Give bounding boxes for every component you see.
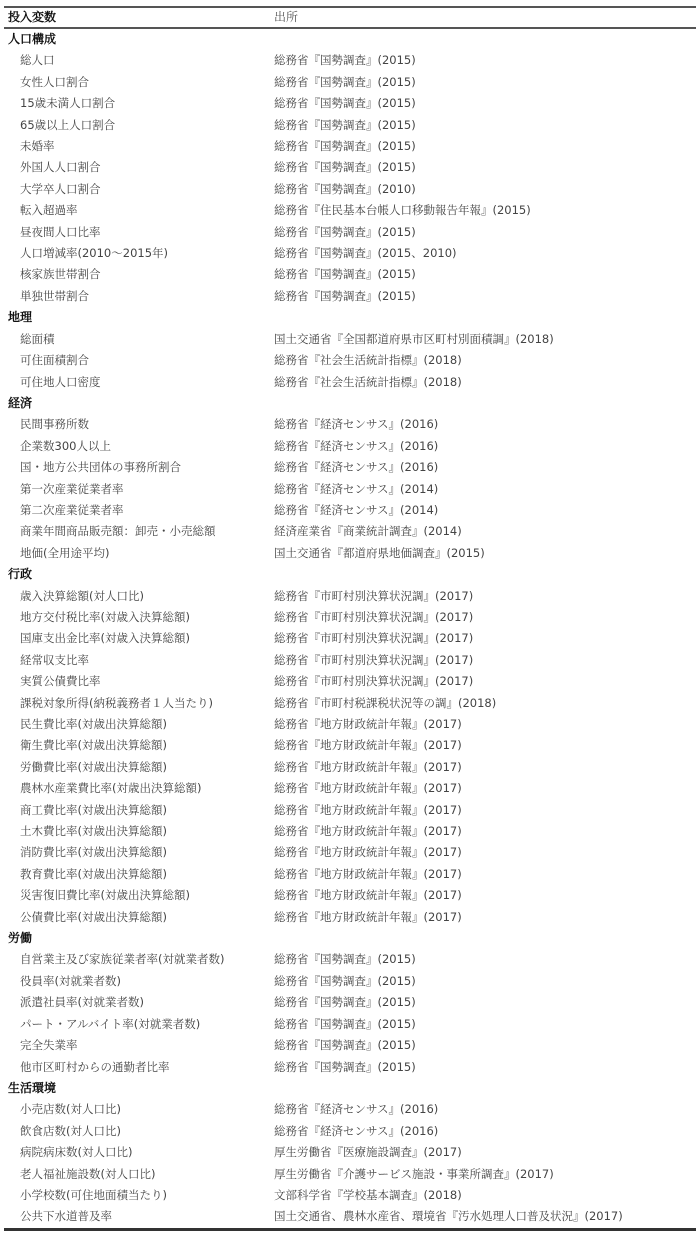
variable-cell: 実質公債費比率 bbox=[4, 671, 274, 692]
variable-cell: 外国人人口割合 bbox=[4, 157, 274, 178]
table-row: 総人口総務省『国勢調査』(2015) bbox=[4, 50, 696, 71]
source-cell: 経済産業省『商業統計調査』(2014) bbox=[274, 521, 696, 542]
variable-cell: 小学校数(可住地面積当たり) bbox=[4, 1185, 274, 1206]
table-row: 派遣社員率(対就業者数)総務省『国勢調査』(2015) bbox=[4, 992, 696, 1013]
variable-cell: 総面積 bbox=[4, 329, 274, 350]
section-row-labor: 労働 bbox=[4, 928, 696, 949]
input-variables-table: 投入変数 出所 人口構成総人口総務省『国勢調査』(2015)女性人口割合総務省『… bbox=[4, 6, 696, 1231]
variable-cell: 地価(全用途平均) bbox=[4, 543, 274, 564]
variable-cell: 役員率(対就業者数) bbox=[4, 971, 274, 992]
table-row: 昼夜間人口比率総務省『国勢調査』(2015) bbox=[4, 222, 696, 243]
table-row: 教育費比率(対歳出決算総額)総務省『地方財政統計年報』(2017) bbox=[4, 864, 696, 885]
table-row: パート・アルバイト率(対就業者数)総務省『国勢調査』(2015) bbox=[4, 1014, 696, 1035]
table-row: 飲食店数(対人口比)総務省『経済センサス』(2016) bbox=[4, 1121, 696, 1142]
source-cell: 総務省『国勢調査』(2015、2010) bbox=[274, 243, 696, 264]
source-cell: 総務省『国勢調査』(2015) bbox=[274, 93, 696, 114]
variable-cell: 人口増減率(2010～2015年) bbox=[4, 243, 274, 264]
source-cell: 総務省『地方財政統計年報』(2017) bbox=[274, 714, 696, 735]
source-cell: 厚生労働省『介護サービス施設・事業所調査』(2017) bbox=[274, 1164, 696, 1185]
source-cell: 総務省『地方財政統計年報』(2017) bbox=[274, 842, 696, 863]
input-variables-table-container: 投入変数 出所 人口構成総人口総務省『国勢調査』(2015)女性人口割合総務省『… bbox=[4, 6, 696, 1231]
variable-cell: 未婚率 bbox=[4, 136, 274, 157]
variable-cell: 65歳以上人口割合 bbox=[4, 115, 274, 136]
table-row: 労働費比率(対歳出決算総額)総務省『地方財政統計年報』(2017) bbox=[4, 757, 696, 778]
source-cell: 総務省『国勢調査』(2015) bbox=[274, 1014, 696, 1035]
table-row: 土木費比率(対歳出決算総額)総務省『地方財政統計年報』(2017) bbox=[4, 821, 696, 842]
table-row: 課税対象所得(納税義務者１人当たり)総務省『市町村税課税状況等の調』(2018) bbox=[4, 693, 696, 714]
variable-cell: 労働費比率(対歳出決算総額) bbox=[4, 757, 274, 778]
variable-cell: 自営業主及び家族従業者率(対就業者数) bbox=[4, 949, 274, 970]
source-cell: 総務省『経済センサス』(2014) bbox=[274, 500, 696, 521]
source-cell: 総務省『国勢調査』(2015) bbox=[274, 50, 696, 71]
source-cell: 国土交通省『全国都道府県市区町村別面積調』(2018) bbox=[274, 329, 696, 350]
table-row: 可住地人口密度総務省『社会生活統計指標』(2018) bbox=[4, 372, 696, 393]
source-cell: 総務省『地方財政統計年報』(2017) bbox=[274, 864, 696, 885]
table-row: 未婚率総務省『国勢調査』(2015) bbox=[4, 136, 696, 157]
header-variable: 投入変数 bbox=[4, 7, 274, 28]
table-row: 消防費比率(対歳出決算総額)総務省『地方財政統計年報』(2017) bbox=[4, 842, 696, 863]
table-row: 企業数300人以上総務省『経済センサス』(2016) bbox=[4, 436, 696, 457]
table-row: 転入超過率総務省『住民基本台帳人口移動報告年報』(2015) bbox=[4, 200, 696, 221]
source-cell: 総務省『地方財政統計年報』(2017) bbox=[274, 907, 696, 928]
table-row: 可住面積割合総務省『社会生活統計指標』(2018) bbox=[4, 350, 696, 371]
source-cell: 総務省『国勢調査』(2015) bbox=[274, 264, 696, 285]
variable-cell: 老人福祉施設数(対人口比) bbox=[4, 1164, 274, 1185]
source-cell: 総務省『国勢調査』(2015) bbox=[274, 157, 696, 178]
table-row: 衛生費比率(対歳出決算総額)総務省『地方財政統計年報』(2017) bbox=[4, 735, 696, 756]
variable-cell: 企業数300人以上 bbox=[4, 436, 274, 457]
section-title: 生活環境 bbox=[4, 1078, 696, 1099]
source-cell: 総務省『国勢調査』(2015) bbox=[274, 136, 696, 157]
variable-cell: 民生費比率(対歳出決算総額) bbox=[4, 714, 274, 735]
source-cell: 総務省『国勢調査』(2015) bbox=[274, 72, 696, 93]
source-cell: 総務省『国勢調査』(2015) bbox=[274, 971, 696, 992]
variable-cell: 完全失業率 bbox=[4, 1035, 274, 1056]
variable-cell: 公債費比率(対歳出決算総額) bbox=[4, 907, 274, 928]
table-row: 農林水産業費比率(対歳出決算総額)総務省『地方財政統計年報』(2017) bbox=[4, 778, 696, 799]
variable-cell: 可住地人口密度 bbox=[4, 372, 274, 393]
variable-cell: 災害復旧費比率(対歳出決算総額) bbox=[4, 885, 274, 906]
variable-cell: 農林水産業費比率(対歳出決算総額) bbox=[4, 778, 274, 799]
table-header: 投入変数 出所 bbox=[4, 7, 696, 28]
table-row: 国庫支出金比率(対歳入決算総額)総務省『市町村別決算状況調』(2017) bbox=[4, 628, 696, 649]
table-row: 商業年間商品販売額：卸売・小売総額経済産業省『商業統計調査』(2014) bbox=[4, 521, 696, 542]
table-row: 大学卒人口割合総務省『国勢調査』(2010) bbox=[4, 179, 696, 200]
source-cell: 総務省『国勢調査』(2015) bbox=[274, 115, 696, 136]
source-cell: 総務省『経済センサス』(2016) bbox=[274, 457, 696, 478]
source-cell: 国土交通省『都道府県地価調査』(2015) bbox=[274, 543, 696, 564]
variable-cell: 地方交付税比率(対歳入決算総額) bbox=[4, 607, 274, 628]
table-row: 小学校数(可住地面積当たり)文部科学省『学校基本調査』(2018) bbox=[4, 1185, 696, 1206]
variable-cell: 国庫支出金比率(対歳入決算総額) bbox=[4, 628, 274, 649]
table-row: 民生費比率(対歳出決算総額)総務省『地方財政統計年報』(2017) bbox=[4, 714, 696, 735]
source-cell: 総務省『経済センサス』(2016) bbox=[274, 414, 696, 435]
table-row: 災害復旧費比率(対歳出決算総額)総務省『地方財政統計年報』(2017) bbox=[4, 885, 696, 906]
source-cell: 総務省『地方財政統計年報』(2017) bbox=[274, 821, 696, 842]
variable-cell: 飲食店数(対人口比) bbox=[4, 1121, 274, 1142]
source-cell: 総務省『市町村別決算状況調』(2017) bbox=[274, 607, 696, 628]
section-row-population: 人口構成 bbox=[4, 28, 696, 50]
header-row: 投入変数 出所 bbox=[4, 7, 696, 28]
source-cell: 総務省『地方財政統計年報』(2017) bbox=[274, 800, 696, 821]
source-cell: 総務省『地方財政統計年報』(2017) bbox=[274, 885, 696, 906]
source-cell: 総務省『市町村別決算状況調』(2017) bbox=[274, 671, 696, 692]
variable-cell: 可住面積割合 bbox=[4, 350, 274, 371]
variable-cell: 教育費比率(対歳出決算総額) bbox=[4, 864, 274, 885]
table-row: 完全失業率総務省『国勢調査』(2015) bbox=[4, 1035, 696, 1056]
table-row: 核家族世帯割合総務省『国勢調査』(2015) bbox=[4, 264, 696, 285]
section-row-living-environment: 生活環境 bbox=[4, 1078, 696, 1099]
section-row-geography: 地理 bbox=[4, 307, 696, 328]
table-row: 15歳未満人口割合総務省『国勢調査』(2015) bbox=[4, 93, 696, 114]
source-cell: 総務省『国勢調査』(2015) bbox=[274, 992, 696, 1013]
variable-cell: 女性人口割合 bbox=[4, 72, 274, 93]
source-cell: 総務省『経済センサス』(2016) bbox=[274, 1099, 696, 1120]
source-cell: 総務省『国勢調査』(2015) bbox=[274, 1057, 696, 1078]
section-title: 人口構成 bbox=[4, 28, 696, 50]
variable-cell: 核家族世帯割合 bbox=[4, 264, 274, 285]
variable-cell: 民間事務所数 bbox=[4, 414, 274, 435]
section-title: 地理 bbox=[4, 307, 696, 328]
source-cell: 総務省『経済センサス』(2014) bbox=[274, 479, 696, 500]
variable-cell: 消防費比率(対歳出決算総額) bbox=[4, 842, 274, 863]
table-row: 地価(全用途平均)国土交通省『都道府県地価調査』(2015) bbox=[4, 543, 696, 564]
table-row: 第一次産業従業者率総務省『経済センサス』(2014) bbox=[4, 479, 696, 500]
header-source: 出所 bbox=[274, 7, 696, 28]
variable-cell: 派遣社員率(対就業者数) bbox=[4, 992, 274, 1013]
table-row: 公債費比率(対歳出決算総額)総務省『地方財政統計年報』(2017) bbox=[4, 907, 696, 928]
table-row: 公共下水道普及率国土交通省、農林水産省、環境省『汚水処理人口普及状況』(2017… bbox=[4, 1206, 696, 1229]
source-cell: 文部科学省『学校基本調査』(2018) bbox=[274, 1185, 696, 1206]
variable-cell: 昼夜間人口比率 bbox=[4, 222, 274, 243]
table-row: 実質公債費比率総務省『市町村別決算状況調』(2017) bbox=[4, 671, 696, 692]
table-row: 役員率(対就業者数)総務省『国勢調査』(2015) bbox=[4, 971, 696, 992]
variable-cell: 課税対象所得(納税義務者１人当たり) bbox=[4, 693, 274, 714]
source-cell: 総務省『地方財政統計年報』(2017) bbox=[274, 757, 696, 778]
source-cell: 総務省『地方財政統計年報』(2017) bbox=[274, 778, 696, 799]
variable-cell: 小売店数(対人口比) bbox=[4, 1099, 274, 1120]
source-cell: 総務省『市町村別決算状況調』(2017) bbox=[274, 628, 696, 649]
variable-cell: 第二次産業従業者率 bbox=[4, 500, 274, 521]
variable-cell: 商業年間商品販売額：卸売・小売総額 bbox=[4, 521, 274, 542]
variable-cell: 単独世帯割合 bbox=[4, 286, 274, 307]
source-cell: 総務省『市町村別決算状況調』(2017) bbox=[274, 586, 696, 607]
source-cell: 総務省『市町村別決算状況調』(2017) bbox=[274, 650, 696, 671]
table-row: 歳入決算総額(対人口比)総務省『市町村別決算状況調』(2017) bbox=[4, 586, 696, 607]
table-row: 地方交付税比率(対歳入決算総額)総務省『市町村別決算状況調』(2017) bbox=[4, 607, 696, 628]
source-cell: 総務省『地方財政統計年報』(2017) bbox=[274, 735, 696, 756]
source-cell: 総務省『国勢調査』(2015) bbox=[274, 949, 696, 970]
table-row: 国・地方公共団体の事務所割合総務省『経済センサス』(2016) bbox=[4, 457, 696, 478]
table-row: 経常収支比率総務省『市町村別決算状況調』(2017) bbox=[4, 650, 696, 671]
section-title: 経済 bbox=[4, 393, 696, 414]
table-row: 病院病床数(対人口比)厚生労働省『医療施設調査』(2017) bbox=[4, 1142, 696, 1163]
section-title: 労働 bbox=[4, 928, 696, 949]
table-row: 第二次産業従業者率総務省『経済センサス』(2014) bbox=[4, 500, 696, 521]
variable-cell: 国・地方公共団体の事務所割合 bbox=[4, 457, 274, 478]
variable-cell: 公共下水道普及率 bbox=[4, 1206, 274, 1229]
variable-cell: 15歳未満人口割合 bbox=[4, 93, 274, 114]
table-row: 他市区町村からの通勤者比率総務省『国勢調査』(2015) bbox=[4, 1057, 696, 1078]
source-cell: 厚生労働省『医療施設調査』(2017) bbox=[274, 1142, 696, 1163]
variable-cell: 大学卒人口割合 bbox=[4, 179, 274, 200]
variable-cell: 土木費比率(対歳出決算総額) bbox=[4, 821, 274, 842]
variable-cell: パート・アルバイト率(対就業者数) bbox=[4, 1014, 274, 1035]
source-cell: 総務省『国勢調査』(2015) bbox=[274, 1035, 696, 1056]
source-cell: 国土交通省、農林水産省、環境省『汚水処理人口普及状況』(2017) bbox=[274, 1206, 696, 1229]
table-row: 総面積国土交通省『全国都道府県市区町村別面積調』(2018) bbox=[4, 329, 696, 350]
variable-cell: 商工費比率(対歳出決算総額) bbox=[4, 800, 274, 821]
table-body: 人口構成総人口総務省『国勢調査』(2015)女性人口割合総務省『国勢調査』(20… bbox=[4, 28, 696, 1229]
source-cell: 総務省『社会生活統計指標』(2018) bbox=[274, 372, 696, 393]
section-title: 行政 bbox=[4, 564, 696, 585]
variable-cell: 転入超過率 bbox=[4, 200, 274, 221]
table-row: 自営業主及び家族従業者率(対就業者数)総務省『国勢調査』(2015) bbox=[4, 949, 696, 970]
source-cell: 総務省『国勢調査』(2010) bbox=[274, 179, 696, 200]
source-cell: 総務省『経済センサス』(2016) bbox=[274, 1121, 696, 1142]
table-row: 65歳以上人口割合総務省『国勢調査』(2015) bbox=[4, 115, 696, 136]
source-cell: 総務省『住民基本台帳人口移動報告年報』(2015) bbox=[274, 200, 696, 221]
table-row: 人口増減率(2010～2015年)総務省『国勢調査』(2015、2010) bbox=[4, 243, 696, 264]
section-row-economy: 経済 bbox=[4, 393, 696, 414]
variable-cell: 第一次産業従業者率 bbox=[4, 479, 274, 500]
table-row: 小売店数(対人口比)総務省『経済センサス』(2016) bbox=[4, 1099, 696, 1120]
source-cell: 総務省『社会生活統計指標』(2018) bbox=[274, 350, 696, 371]
source-cell: 総務省『国勢調査』(2015) bbox=[274, 286, 696, 307]
variable-cell: 歳入決算総額(対人口比) bbox=[4, 586, 274, 607]
variable-cell: 経常収支比率 bbox=[4, 650, 274, 671]
variable-cell: 衛生費比率(対歳出決算総額) bbox=[4, 735, 274, 756]
variable-cell: 総人口 bbox=[4, 50, 274, 71]
variable-cell: 他市区町村からの通勤者比率 bbox=[4, 1057, 274, 1078]
source-cell: 総務省『市町村税課税状況等の調』(2018) bbox=[274, 693, 696, 714]
section-row-administration: 行政 bbox=[4, 564, 696, 585]
table-row: 老人福祉施設数(対人口比)厚生労働省『介護サービス施設・事業所調査』(2017) bbox=[4, 1164, 696, 1185]
table-row: 外国人人口割合総務省『国勢調査』(2015) bbox=[4, 157, 696, 178]
table-row: 女性人口割合総務省『国勢調査』(2015) bbox=[4, 72, 696, 93]
variable-cell: 病院病床数(対人口比) bbox=[4, 1142, 274, 1163]
source-cell: 総務省『国勢調査』(2015) bbox=[274, 222, 696, 243]
table-row: 単独世帯割合総務省『国勢調査』(2015) bbox=[4, 286, 696, 307]
table-row: 商工費比率(対歳出決算総額)総務省『地方財政統計年報』(2017) bbox=[4, 800, 696, 821]
source-cell: 総務省『経済センサス』(2016) bbox=[274, 436, 696, 457]
table-row: 民間事務所数総務省『経済センサス』(2016) bbox=[4, 414, 696, 435]
